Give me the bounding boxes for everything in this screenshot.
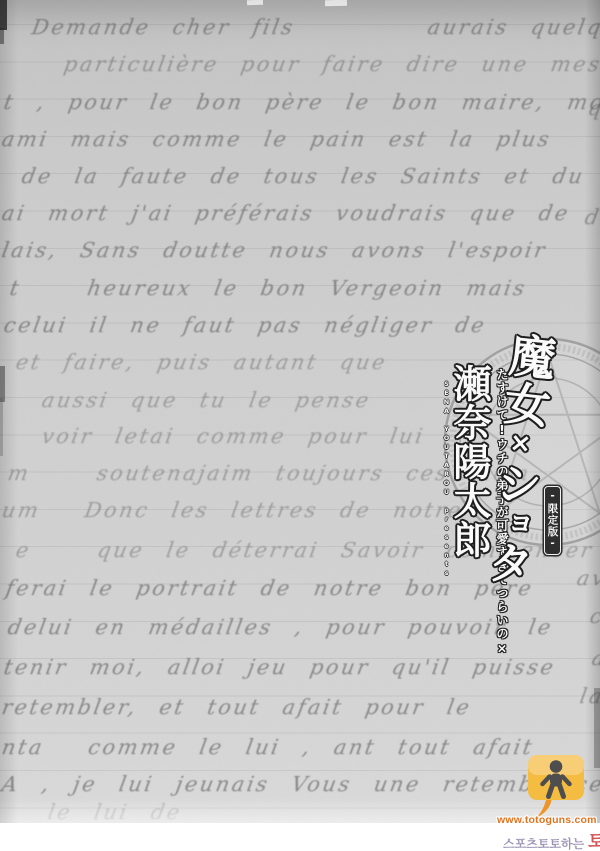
handwriting-line: lais, Sans doutte nous avons l'espoir bbox=[0, 238, 549, 262]
scan-corner-mark bbox=[0, 0, 7, 30]
handwriting-fragment: avl bbox=[575, 566, 600, 590]
scan-edge-mark bbox=[0, 398, 3, 456]
logo-title-glyph: × bbox=[504, 427, 537, 462]
watermark-korean-small: 스포츠토토하는 bbox=[503, 835, 584, 851]
handwriting-fragment: de bbox=[583, 205, 600, 229]
scan-glint bbox=[247, 0, 263, 5]
logo-title-glyph: 魔 bbox=[500, 330, 559, 383]
handwriting-line: t , pour le bon père le bon maire, mon bbox=[2, 90, 600, 114]
handwriting-line: retembler, et tout afait pour le bbox=[0, 695, 474, 719]
handwriting-line: et faire, puis autant que bbox=[14, 350, 389, 374]
limited-edition-badge: -限定版- bbox=[544, 486, 561, 555]
logo-title-glyph: 女 bbox=[495, 378, 554, 431]
scan-glint bbox=[325, 0, 347, 6]
scan-edge-mark bbox=[594, 688, 600, 768]
handwriting-line: ami mais comme le pain est la plus bbox=[0, 127, 553, 151]
handwriting-line: nta comme le lui , ant tout afait bbox=[0, 735, 536, 759]
handwriting-line: t heureux le bon Vergeoin mais bbox=[8, 276, 529, 300]
handwriting-line: A , je lui jeunais Vous une retemblance bbox=[0, 772, 600, 796]
logo-title-glyph: タ bbox=[478, 537, 537, 590]
handwriting-line: um Donc les lettres de notre bbox=[0, 498, 465, 522]
handwriting-line: ai mort j'ai préférais voudrais que de bbox=[0, 201, 572, 225]
handwriting-line: voir letai comme pour lui bbox=[40, 424, 427, 448]
scan-corner-mark bbox=[0, 28, 4, 44]
watermark-korean-text: 스포츠토토하는 토토건 bbox=[503, 827, 600, 851]
handwriting-line: aussi que tu le pense bbox=[40, 388, 373, 412]
handwriting-line: le lui de bbox=[46, 800, 184, 824]
watermark-korean-big: 토토건 bbox=[588, 827, 600, 851]
handwriting-line: celui il ne faut pas négliger de bbox=[2, 313, 488, 337]
handwriting-line: ferai le portrait de notre bon père bbox=[4, 576, 536, 600]
handwriting-line: de la faute de tous les Saints et du bbox=[20, 164, 587, 188]
handwriting-line: tenir moi, alloi jeu pour qu'il puisse bbox=[2, 655, 558, 679]
handwriting-line: delui en médailles , pour pouvoir le bbox=[6, 615, 555, 639]
scan-edge-mark bbox=[0, 366, 5, 402]
logo-author-name: 瀬奈陽太郎 bbox=[450, 364, 488, 559]
logo-title-glyph: シ bbox=[487, 457, 546, 510]
handwriting-line: Demande cher fils aurais quelque bbox=[30, 15, 600, 39]
handwriting-line: particulière pour faire dire une messe bbox=[62, 52, 600, 76]
scanned-page: Demande cher fils aurais quelqueparticul… bbox=[0, 0, 600, 851]
logo-title-glyph: ョ bbox=[493, 506, 531, 541]
